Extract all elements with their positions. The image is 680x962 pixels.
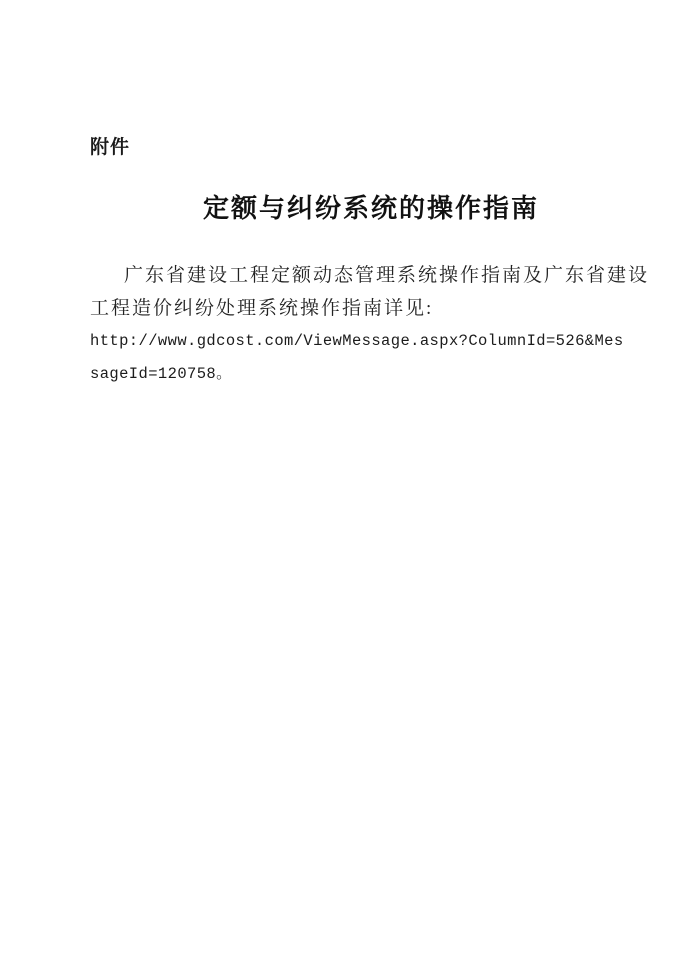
document-page: 附件 定额与纠纷系统的操作指南 广东省建设工程定额动态管理系统操作指南及广东省建…	[0, 0, 680, 962]
attachment-label: 附件	[90, 132, 130, 159]
paragraph-line-2: 工程造价纠纷处理系统操作指南详见:	[90, 292, 630, 325]
document-title: 定额与纠纷系统的操作指南	[0, 188, 680, 225]
url-text-line-1: http://www.gdcost.com/ViewMessage.aspx?C…	[90, 325, 630, 358]
body-paragraph: 广东省建设工程定额动态管理系统操作指南及广东省建设 工程造价纠纷处理系统操作指南…	[90, 259, 630, 391]
url-text-line-2: sageId=120758。	[90, 358, 630, 391]
paragraph-line-1: 广东省建设工程定额动态管理系统操作指南及广东省建设	[90, 259, 630, 292]
